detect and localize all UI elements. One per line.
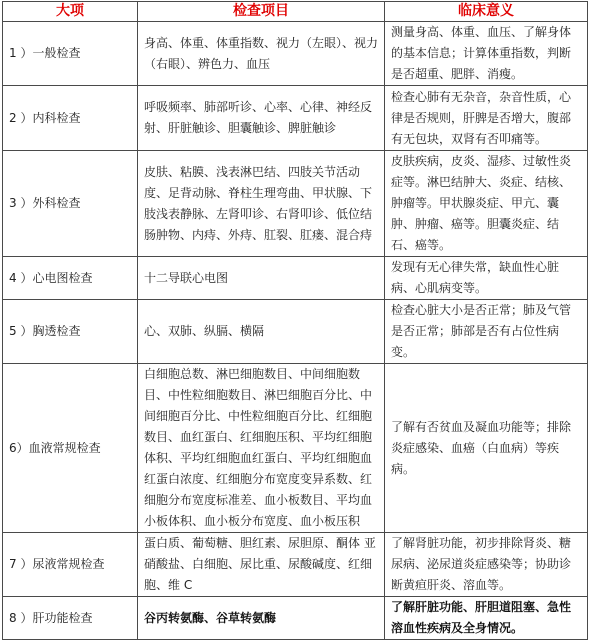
row-items: 白细胞总数、淋巴细胞数目、中间细胞数目、中性粒细胞数目、淋巴细胞百分比、中间细胞…	[138, 364, 385, 533]
table-row: 2 ）内科检查 呼吸频率、肺部听诊、心率、心律、神经反射、肝脏触诊、胆囊触诊、脾…	[3, 86, 588, 151]
row-meaning: 检查心脏大小是否正常；肺及气管是否正常；肺部是否有占位性病变。	[385, 300, 588, 364]
header-meaning: 临床意义	[385, 2, 588, 22]
table-row: 1 ）一般检查 身高、体重、体重指数、视力（左眼）、视力（右眼）、辨色力、血压 …	[3, 22, 588, 86]
row-meaning: 检查心肺有无杂音，杂音性质，心律是否规则，肝脾是否增大，腹部有无包块，双肾有否叩…	[385, 86, 588, 151]
row-meaning: 发现有无心律失常，缺血性心脏病、心肌病变等。	[385, 257, 588, 300]
row-meaning: 了解有否贫血及凝血功能等；排除炎症感染、血癌（白血病）等疾病。	[385, 364, 588, 533]
row-items: 十二导联心电图	[138, 257, 385, 300]
table-row: 5 ）胸透检查 心、双肺、纵膈、横隔 检查心脏大小是否正常；肺及气管是否正常；肺…	[3, 300, 588, 364]
row-items: 谷丙转氨酶、谷草转氨酶	[138, 597, 385, 614]
header-category: 大项	[3, 2, 138, 22]
table-row: 6）血液常规检查 白细胞总数、淋巴细胞数目、中间细胞数目、中性粒细胞数目、淋巴细…	[3, 364, 588, 533]
table-row: 3 ）外科检查 皮肤、粘膜、浅表淋巴结、四肢关节活动度、足背动脉、脊柱生理弯曲、…	[3, 151, 588, 257]
row-items: 身高、体重、体重指数、视力（左眼）、视力（右眼）、辨色力、血压	[138, 22, 385, 86]
header-row: 大项 检查项目 临床意义	[3, 2, 588, 22]
row-items: 蛋白质、葡萄糖、胆红素、尿胆原、酮体 亚硝酸盐、白细胞、尿比重、尿酸碱度、红细胞…	[138, 533, 385, 597]
row-items: 呼吸频率、肺部听诊、心率、心律、神经反射、肝脏触诊、胆囊触诊、脾脏触诊	[138, 86, 385, 151]
row-category: 4 ）心电图检查	[3, 257, 138, 300]
table-row: 4 ）心电图检查 十二导联心电图 发现有无心律失常，缺血性心脏病、心肌病变等。	[3, 257, 588, 300]
row-category: 1 ）一般检查	[3, 22, 138, 86]
table-row: 8 ）肝功能检查 谷丙转氨酶、谷草转氨酶 了解肝脏功能、肝胆道阻塞、急性溶血性疾…	[3, 597, 588, 614]
row-items: 心、双肺、纵膈、横隔	[138, 300, 385, 364]
row-category: 7 ）尿液常规检查	[3, 533, 138, 597]
row-category: 8 ）肝功能检查	[3, 597, 138, 614]
row-category: 2 ）内科检查	[3, 86, 138, 151]
row-meaning: 测量身高、体重、血压、了解身体的基本信息；计算体重指数，判断是否超重、肥胖、消瘦…	[385, 22, 588, 86]
row-items: 皮肤、粘膜、浅表淋巴结、四肢关节活动度、足背动脉、脊柱生理弯曲、甲状腺、下肢浅表…	[138, 151, 385, 257]
row-meaning: 皮肤疾病，皮炎、湿疹、过敏性炎症等。淋巴结肿大、炎症、结核、肿瘤等。甲状腺炎症、…	[385, 151, 588, 257]
row-meaning: 了解肝脏功能、肝胆道阻塞、急性溶血性疾病及全身情况。	[385, 597, 588, 614]
header-items: 检查项目	[138, 2, 385, 22]
row-category: 3 ）外科检查	[3, 151, 138, 257]
medical-exam-table: 大项 检查项目 临床意义 1 ）一般检查 身高、体重、体重指数、视力（左眼）、视…	[2, 1, 588, 613]
row-category: 5 ）胸透检查	[3, 300, 138, 364]
table-row: 7 ）尿液常规检查 蛋白质、葡萄糖、胆红素、尿胆原、酮体 亚硝酸盐、白细胞、尿比…	[3, 533, 588, 597]
row-meaning: 了解肾脏功能，初步排除肾炎、糖尿病、泌尿道炎症感染等；协助诊断黄疸肝炎、溶血等。	[385, 533, 588, 597]
row-category: 6）血液常规检查	[3, 364, 138, 533]
